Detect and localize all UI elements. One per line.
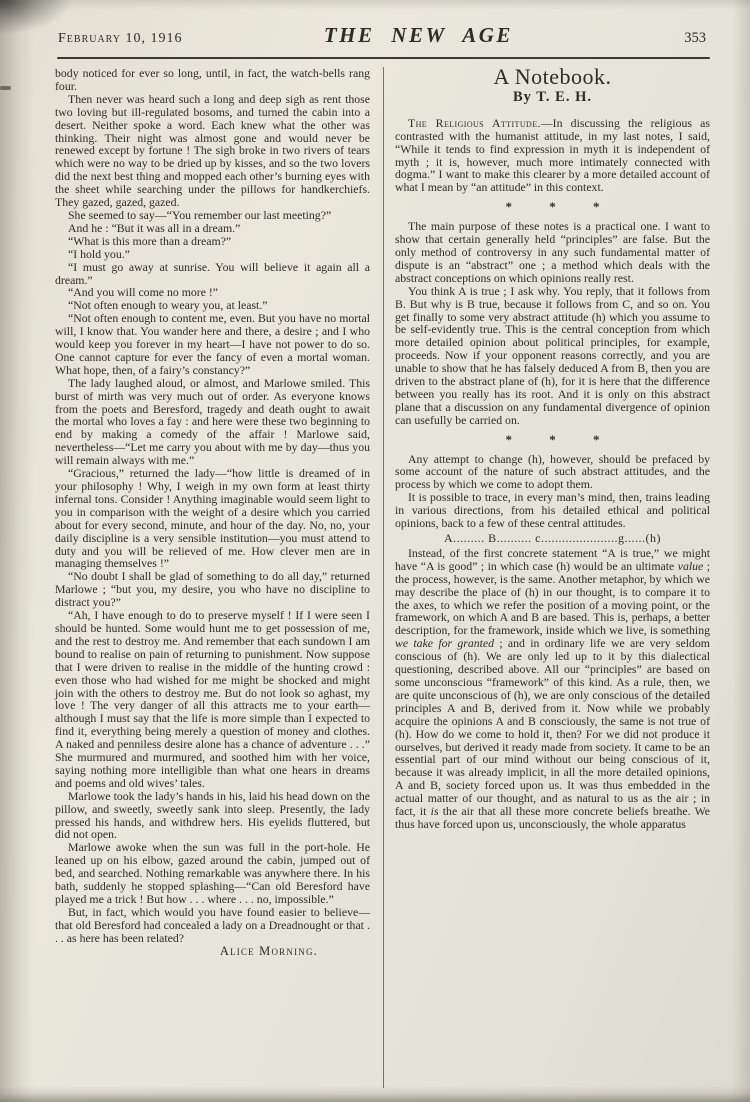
story-paragraph: She seemed to say—“You remember our last…	[55, 209, 370, 222]
story-paragraph: Then never was heard such a long and dee…	[55, 93, 370, 209]
formula-line: A......... B.......... c................…	[395, 532, 710, 545]
article-paragraph: It is possible to trace, in every man’s …	[395, 491, 710, 530]
story-paragraph: “Gracious,” returned the lady—“how littl…	[55, 467, 370, 570]
story-paragraph: “What is this more than a dream?”	[55, 235, 370, 248]
article-paragraph: Any attempt to change (h), however, shou…	[395, 453, 710, 492]
page-edge-shadow-right	[732, 0, 750, 1102]
author-signature: Alice Morning.	[55, 945, 370, 958]
story-paragraph: “Ah, I have enough to do to preserve mys…	[55, 609, 370, 790]
article-paragraph: The Religious Attitude.—In discussing th…	[395, 117, 710, 194]
story-paragraph: “Not often enough to content me, even. B…	[55, 312, 370, 377]
story-paragraph: “No doubt I shall be glad of something t…	[55, 570, 370, 609]
column-divider-rule	[383, 67, 384, 1088]
section-separator: * * *	[395, 434, 710, 447]
margin-ink-mark	[0, 86, 11, 90]
page-edge-shadow-top	[0, 0, 750, 10]
right-column-article: A Notebook. By T. E. H. The Religious At…	[395, 67, 710, 1088]
article-paragraph: Instead, of the first concrete statement…	[395, 547, 710, 831]
left-column-story: body noticed for ever so long, until, in…	[55, 67, 370, 1088]
article-byline: By T. E. H.	[395, 91, 710, 104]
article-paragraph: The main purpose of these notes is a pra…	[395, 220, 710, 285]
page-edge-shadow-left	[0, 0, 34, 1102]
article-paragraph: You think A is true ; I ask why. You rep…	[395, 285, 710, 427]
story-paragraph: The lady laughed aloud, or almost, and M…	[55, 377, 370, 467]
text-columns: body noticed for ever so long, until, in…	[55, 67, 710, 1088]
story-paragraph: Marlowe awoke when the sun was full in t…	[55, 841, 370, 906]
masthead-title: THE NEW AGE	[183, 23, 685, 48]
section-separator: * * *	[395, 201, 710, 214]
page-number: 353	[684, 30, 706, 47]
story-paragraph: “I must go away at sunrise. You will bel…	[55, 261, 370, 287]
story-paragraph: body noticed for ever so long, until, in…	[55, 67, 370, 93]
page-header: February 10, 1916 THE NEW AGE 353	[58, 23, 706, 48]
issue-date: February 10, 1916	[58, 31, 183, 47]
story-paragraph: But, in fact, which would you have found…	[55, 906, 370, 945]
story-paragraph: And he : “But it was all in a dream.”	[55, 222, 370, 235]
story-paragraph: Marlowe took the lady’s hands in his, la…	[55, 790, 370, 842]
page-edge-shadow-bottom	[0, 1086, 750, 1102]
header-rule	[57, 57, 710, 59]
story-paragraph: “I hold you.”	[55, 248, 370, 261]
article-title: A Notebook.	[395, 71, 710, 84]
magazine-page: February 10, 1916 THE NEW AGE 353 body n…	[0, 0, 750, 1102]
